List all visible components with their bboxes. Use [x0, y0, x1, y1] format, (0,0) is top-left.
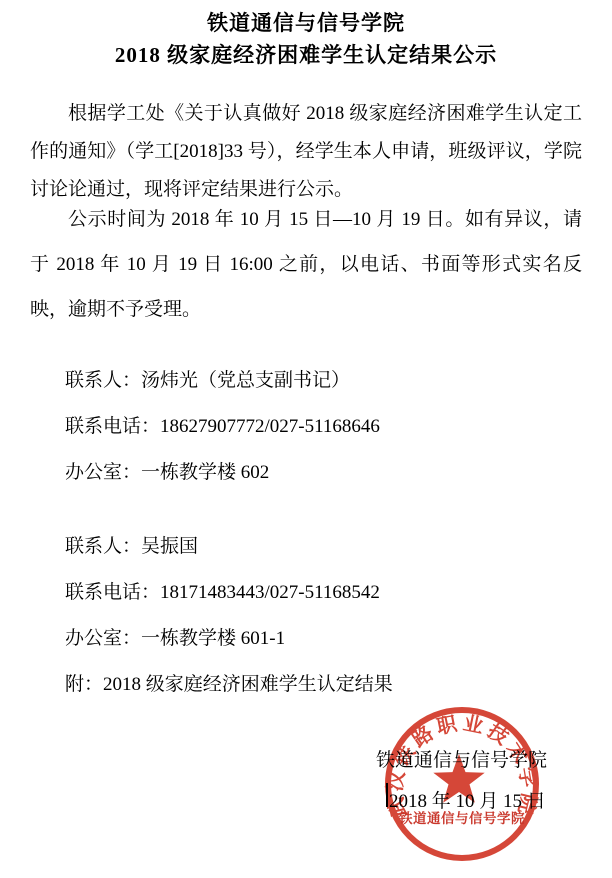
contact2-phone: 联系电话：18171483443/027-51168542 — [65, 570, 585, 616]
document-page: 铁道通信与信号学院 2018 级家庭经济困难学生认定结果公示 根据学工处《关于认… — [0, 0, 612, 878]
contact1-office: 办公室：一栋教学楼 602 — [65, 450, 585, 496]
signature-date: 2018 年 10 月 15 日 — [389, 786, 546, 813]
contact1-person: 联系人：汤炜光（党总支副书记） — [65, 358, 585, 404]
contact-block-1: 联系人：汤炜光（党总支副书记） 联系电话：18627907772/027-511… — [65, 358, 585, 496]
paragraph-basis: 根据学工处《关于认真做好 2018 级家庭经济困难学生认定工作的通知》（学工[2… — [30, 95, 582, 209]
contact2-person: 联系人：吴振国 — [65, 524, 585, 570]
attachment-line: 附：2018 级家庭经济困难学生认定结果 — [65, 662, 585, 708]
official-seal: 武汉铁路职业技术学院 铁道通信与信号学院 — [382, 704, 542, 864]
contact-block-2: 联系人：吴振国 联系电话：18171483443/027-51168542 办公… — [65, 524, 585, 708]
contact2-office: 办公室：一栋教学楼 601-1 — [65, 616, 585, 662]
text-cursor — [386, 783, 388, 807]
document-title-subject: 2018 级家庭经济困难学生认定结果公示 — [0, 39, 612, 69]
contact1-phone: 联系电话：18627907772/027-51168646 — [65, 404, 585, 450]
signature-org: 铁道通信与信号学院 — [376, 745, 547, 772]
document-title-org: 铁道通信与信号学院 — [0, 7, 612, 37]
paragraph-publicity-period: 公示时间为 2018 年 10 月 15 日—10 月 19 日。如有异议，请于… — [30, 197, 582, 332]
